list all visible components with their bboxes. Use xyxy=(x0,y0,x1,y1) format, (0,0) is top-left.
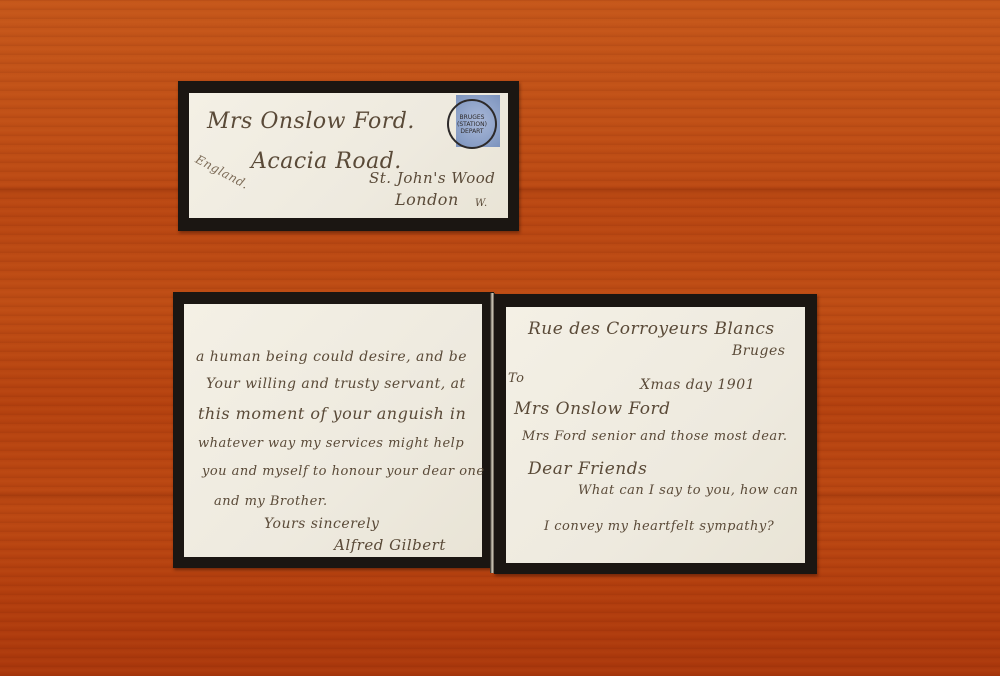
letter-recipient-1: Mrs Onslow Ford xyxy=(514,399,671,419)
letter-to: To xyxy=(508,371,525,386)
letter-left-line-3: this moment of your anguish in xyxy=(198,404,466,423)
letter-recipient-2: Mrs Ford senior and those most dear. xyxy=(522,429,788,444)
envelope-paper: Mrs Onslow Ford. Acacia Road. St. John's… xyxy=(189,93,508,218)
envelope-city: London xyxy=(395,190,459,209)
letter-body-2: I convey my heartfelt sympathy? xyxy=(544,519,774,534)
letter-date: Xmas day 1901 xyxy=(640,377,755,393)
letter-left-line-4: whatever way my services might help xyxy=(198,436,464,451)
letter-body-1: What can I say to you, how can xyxy=(578,483,798,498)
letter-right-paper: Rue des Corroyeurs Blancs Bruges Xmas da… xyxy=(506,307,805,563)
letter-city: Bruges xyxy=(732,343,785,359)
letter-left-line-2: Your willing and trusty servant, at xyxy=(206,376,466,392)
letter-left-line-6: and my Brother. xyxy=(214,494,328,509)
letter-left-paper: a human being could desire, and be Your … xyxy=(184,304,482,557)
letter-address: Rue des Corroyeurs Blancs xyxy=(528,319,775,339)
letter-left-line-5: you and myself to honour your dear one xyxy=(202,464,485,479)
letter-closing: Yours sincerely xyxy=(264,516,379,532)
envelope-district: St. John's Wood xyxy=(369,169,495,187)
letter-salutation: Dear Friends xyxy=(528,459,647,479)
envelope-addressee: Mrs Onslow Ford. xyxy=(207,109,415,134)
postmark-text: BRUGES (STATION) DEPART xyxy=(449,114,495,135)
letter-left-line-1: a human being could desire, and be xyxy=(196,349,467,365)
envelope-postcode: W. xyxy=(475,198,488,209)
letter-page-left: a human being could desire, and be Your … xyxy=(173,292,494,568)
mourning-envelope: Mrs Onslow Ford. Acacia Road. St. John's… xyxy=(178,81,519,231)
letter-page-right: Rue des Corroyeurs Blancs Bruges Xmas da… xyxy=(494,294,817,574)
envelope-country-note: England. xyxy=(193,152,251,192)
letter-signature: Alfred Gilbert xyxy=(334,536,446,554)
postmark: BRUGES (STATION) DEPART xyxy=(447,99,497,149)
